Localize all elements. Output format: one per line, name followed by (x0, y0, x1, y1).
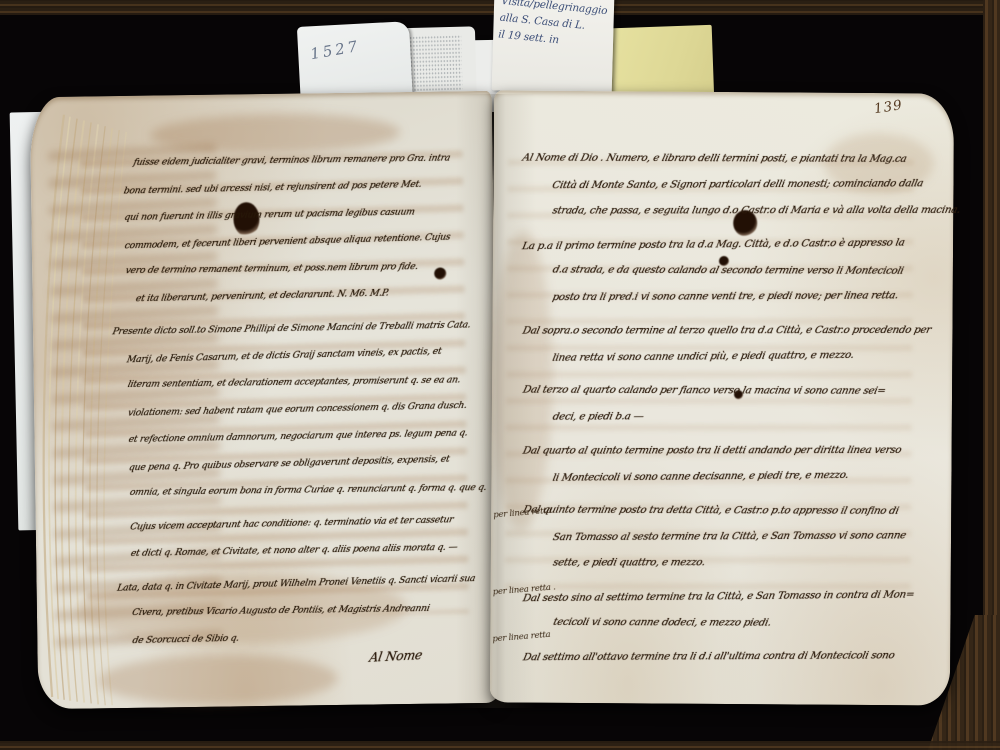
manuscript-line: Dal quinto termine posto tra detta Città… (523, 497, 947, 524)
manuscript-line: de Scorcucci de Sibio q. (132, 620, 484, 654)
photo-background: 1527 Visita/pellegrinaggio alla S. Casa … (0, 0, 1000, 750)
manuscript-line: deci, e piedi b.a — (553, 403, 947, 430)
manuscript-line: tecicoli vi sono canne dodeci, e mezzo p… (553, 609, 947, 636)
manuscript-line: La p.a il primo termine posto tra la d.a… (523, 231, 947, 258)
manuscript-line: li Montecicoli vi sono canne decisanne, … (553, 463, 947, 490)
manuscript-line: Città di Monte Santo, e Signori particol… (553, 171, 947, 198)
left-page: fuisse eidem judicialiter gravi, termino… (30, 91, 500, 709)
manuscript-line: San Tomasso al sesto termine tra la Citt… (553, 523, 947, 550)
manuscript-line: Dal quarto al quinto termine posto tra l… (523, 437, 947, 464)
year-label: 1527 (309, 37, 362, 63)
manuscript-line: strada, che passa, e seguita lungo d.o C… (553, 197, 947, 224)
manuscript-line: Dal settimo all'ottavo termine tra li d.… (523, 643, 947, 670)
manuscript-line: posto tra li pred.i vi sono canne venti … (553, 283, 947, 310)
manuscript-line: et dicti q. Romae, et Civitate, et nono … (131, 533, 483, 567)
wood-table-bottom-edge (0, 741, 1000, 750)
manuscript-line: Dal terzo al quarto calando per fianco v… (523, 377, 947, 404)
manuscript-line: linea retta vi sono canne undici più, e … (553, 343, 947, 370)
catchword: Al Nome (369, 647, 422, 665)
open-manuscript-book: fuisse eidem judicialiter gravi, termino… (28, 84, 956, 718)
manuscript-line: omnia, et singula eorum bona in forma Cu… (130, 473, 482, 507)
manuscript-line: Dal sesto sino al settimo termine tra la… (523, 583, 947, 610)
manuscript-line: d.a strada, e da questo calando al secon… (553, 257, 947, 284)
folio-number: 139 (873, 97, 904, 117)
note-card-line: il 19 sett. in (498, 28, 560, 46)
manuscript-line: Dal sopra.o secondo termine al terzo que… (523, 317, 947, 344)
left-page-text: fuisse eidem judicialiter gravi, termino… (123, 143, 485, 654)
manuscript-line: sette, e piedi quattro, e mezzo. (553, 549, 947, 576)
manuscript-line: Al Nome di Dio . Numero, e libraro delli… (522, 145, 946, 172)
right-page-text: Al Nome di Dio . Numero, e libraro delli… (522, 145, 947, 670)
archival-note-card: Visita/pellegrinaggio alla S. Casa di L.… (492, 0, 615, 94)
right-page: 139 per linea retta per linea retta . pe… (490, 90, 954, 705)
manuscript-line: et ita liberarunt, pervenirunt, et decla… (136, 278, 478, 312)
